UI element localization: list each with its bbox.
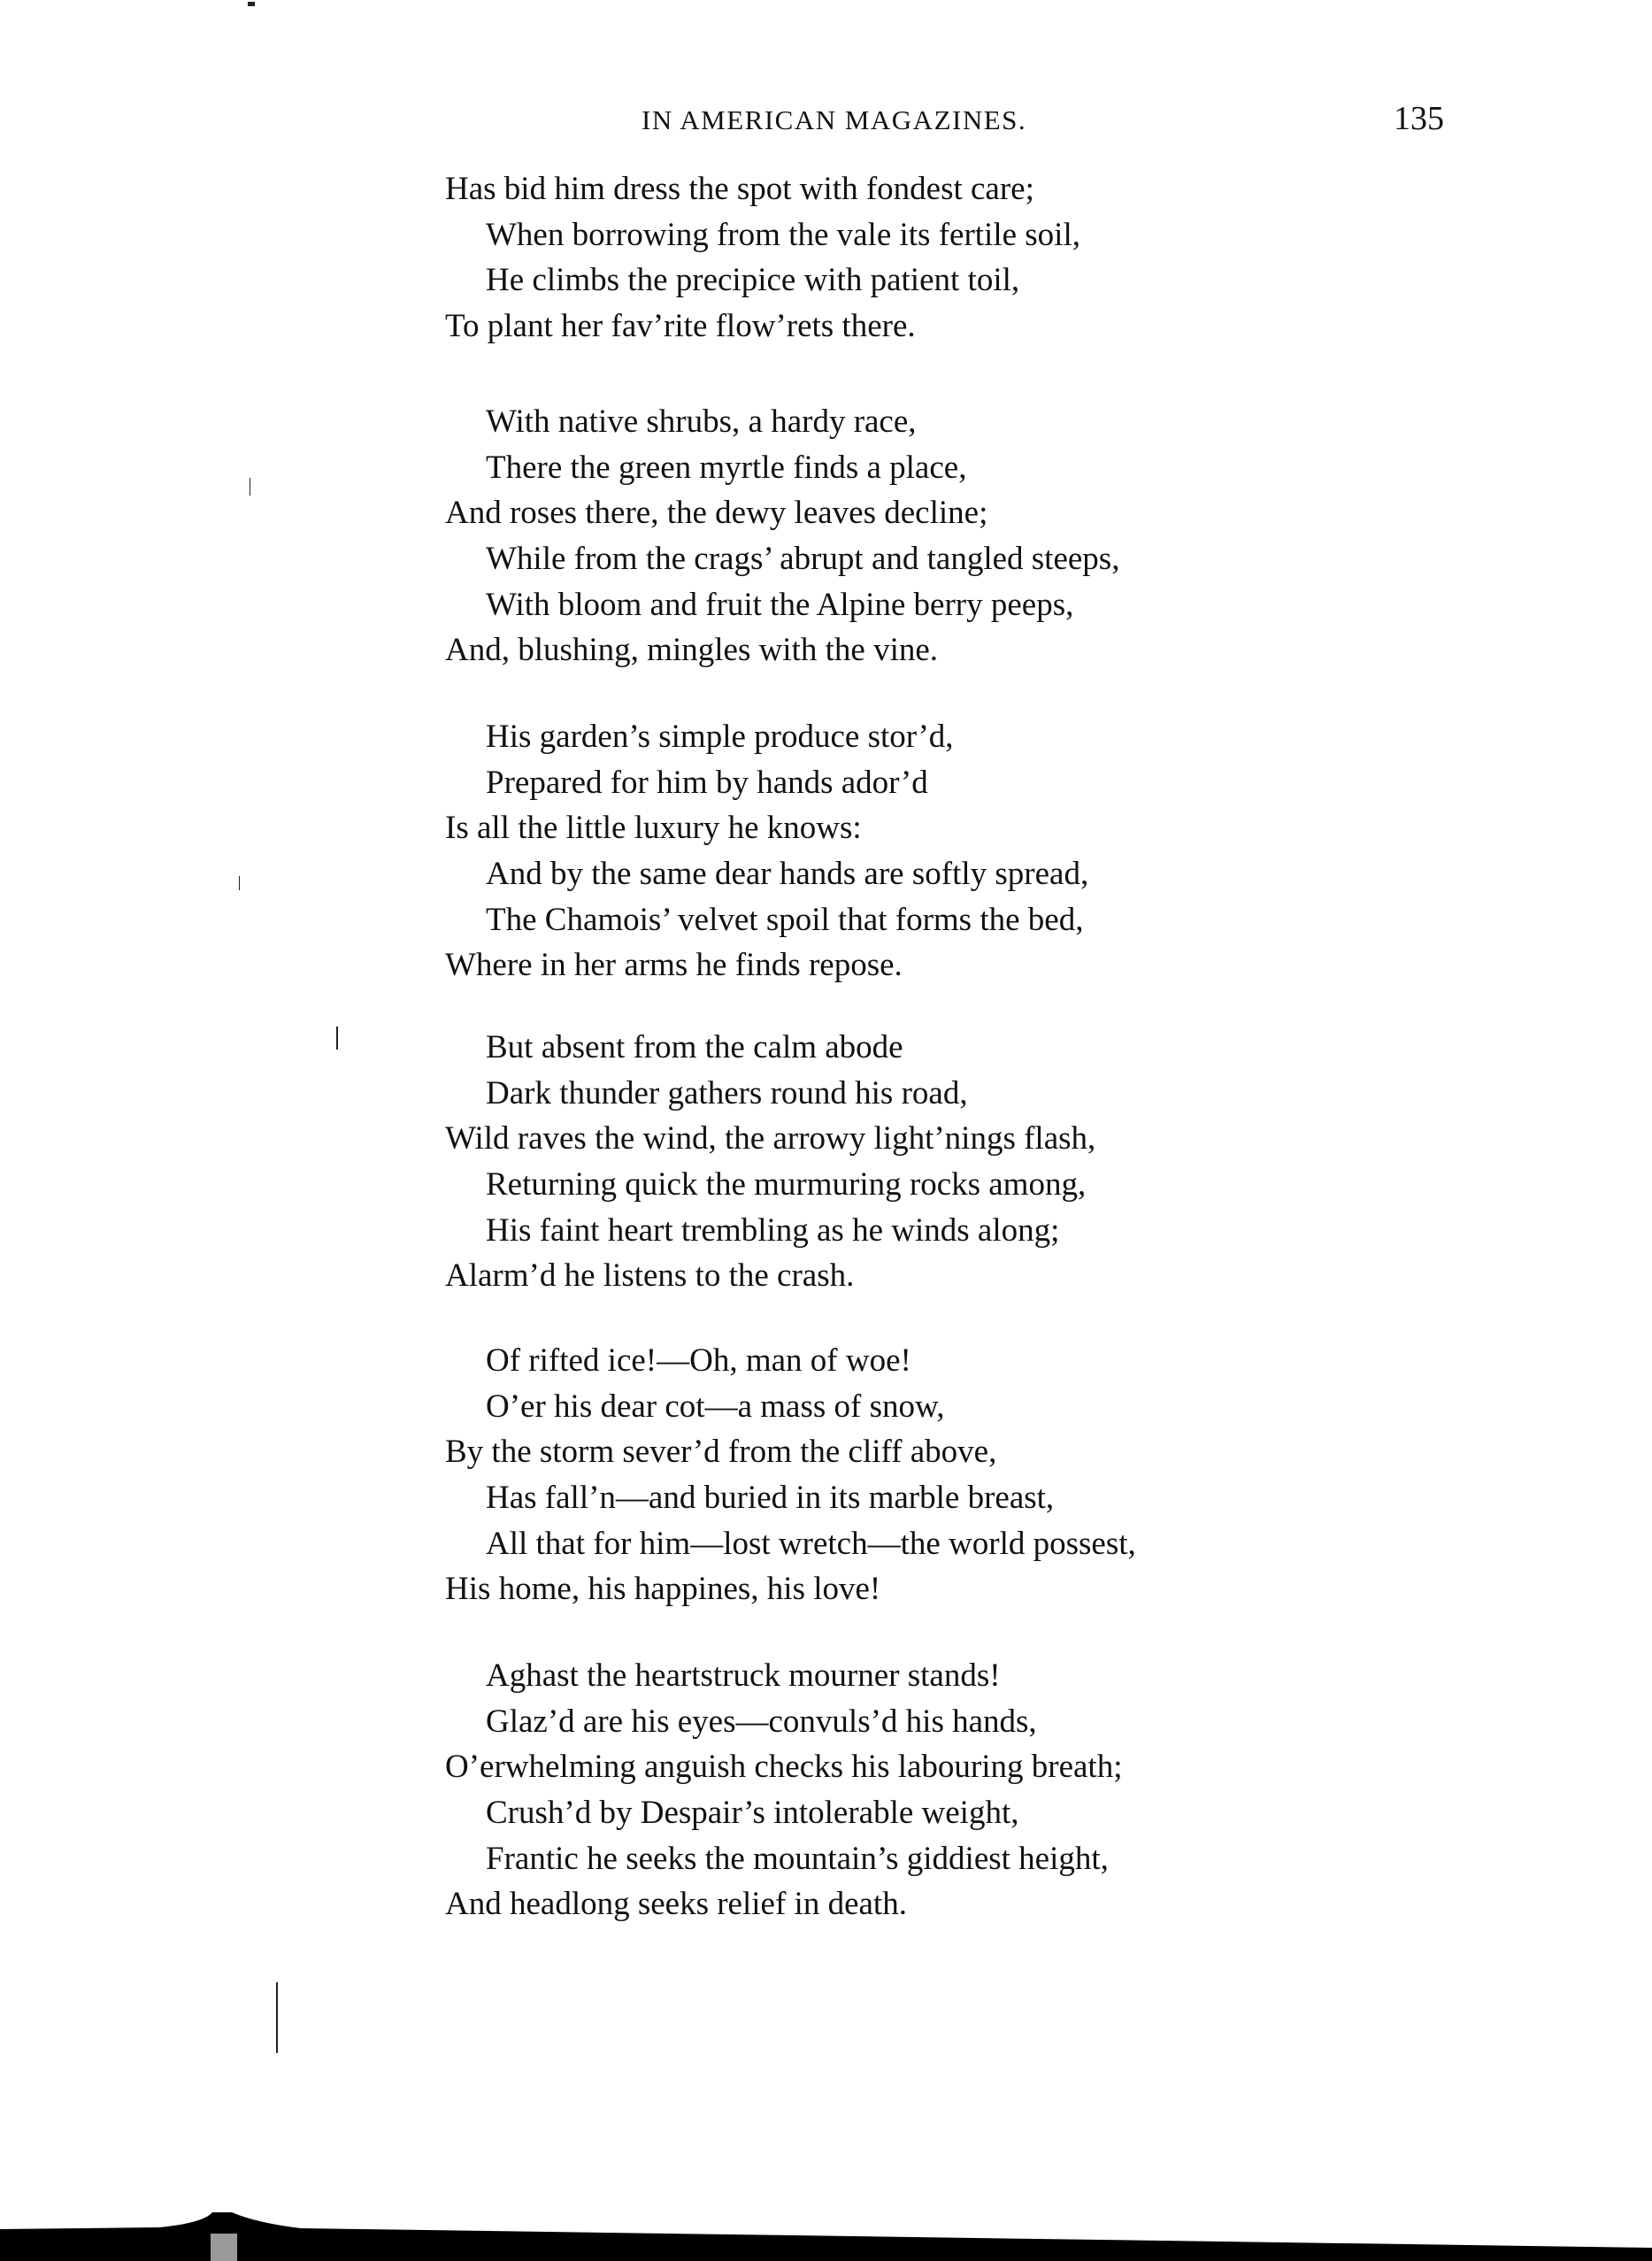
- verse-line: There the green myrtle finds a place,: [445, 445, 1119, 491]
- verse-line: Alarm’d he listens to the crash.: [445, 1253, 1095, 1299]
- stanza-3: His garden’s simple produce stor’d, Prep…: [445, 714, 1088, 988]
- verse-line: But absent from the calm abode: [445, 1025, 1095, 1071]
- verse-line: Glaz’d are his eyes—convuls’d his hands,: [445, 1699, 1123, 1745]
- verse-line: Has fall’n—and buried in its marble brea…: [445, 1475, 1136, 1521]
- verse-line: Dark thunder gathers round his road,: [445, 1071, 1095, 1117]
- verse-line: To plant her fav’rite flow’rets there.: [445, 304, 1080, 350]
- verse-line: By the storm sever’d from the cliff abov…: [445, 1429, 1136, 1475]
- scan-artifact: [239, 876, 240, 890]
- verse-line: His garden’s simple produce stor’d,: [445, 714, 1088, 760]
- scan-artifact: [276, 1982, 278, 2053]
- page-edge-shadow: [0, 2212, 1652, 2261]
- verse-line: Prepared for him by hands ador’d: [445, 760, 1088, 806]
- stanza-4: But absent from the calm abode Dark thun…: [445, 1025, 1095, 1299]
- verse-line: Where in her arms he finds repose.: [445, 942, 1088, 988]
- verse-line: Returning quick the murmuring rocks amon…: [445, 1162, 1095, 1208]
- verse-line: Aghast the heartstruck mourner stands!: [445, 1653, 1123, 1699]
- verse-line: And by the same dear hands are softly sp…: [445, 851, 1088, 897]
- verse-line: And, blushing, mingles with the vine.: [445, 627, 1119, 673]
- scan-artifact: [336, 1027, 338, 1050]
- scan-artifact: [248, 2, 255, 6]
- verse-line: Is all the little luxury he knows:: [445, 805, 1088, 851]
- verse-line: Of rifted ice!—Oh, man of woe!: [445, 1338, 1136, 1384]
- verse-line: Frantic he seeks the mountain’s giddiest…: [445, 1836, 1123, 1882]
- verse-line: Crush’d by Despair’s intolerable weight,: [445, 1790, 1123, 1836]
- verse-line: His home, his happines, his love!: [445, 1566, 1136, 1612]
- verse-line: O’er his dear cot—a mass of snow,: [445, 1384, 1136, 1430]
- verse-line: The Chamois’ velvet spoil that forms the…: [445, 897, 1088, 943]
- verse-line: And roses there, the dewy leaves decline…: [445, 490, 1119, 536]
- verse-line: While from the crags’ abrupt and tangled…: [445, 536, 1119, 582]
- page-number: 135: [1394, 99, 1444, 138]
- verse-line: His faint heart trembling as he winds al…: [445, 1208, 1095, 1254]
- running-head: IN AMERICAN MAGAZINES.: [642, 104, 1026, 136]
- verse-line: When borrowing from the vale its fertile…: [445, 212, 1080, 258]
- verse-line: Wild raves the wind, the arrowy light’ni…: [445, 1116, 1095, 1162]
- stanza-1: Has bid him dress the spot with fondest …: [445, 166, 1080, 350]
- verse-line: Has bid him dress the spot with fondest …: [445, 166, 1080, 212]
- scan-artifact: [250, 478, 250, 496]
- verse-line: He climbs the precipice with patient toi…: [445, 258, 1080, 304]
- stanza-5: Of rifted ice!—Oh, man of woe! O’er his …: [445, 1338, 1136, 1612]
- stanza-6: Aghast the heartstruck mourner stands! G…: [445, 1653, 1123, 1927]
- verse-line: With bloom and fruit the Alpine berry pe…: [445, 582, 1119, 628]
- stanza-2: With native shrubs, a hardy race, There …: [445, 399, 1119, 673]
- verse-line: O’erwhelming anguish checks his labourin…: [445, 1744, 1123, 1790]
- verse-line: And headlong seeks relief in death.: [445, 1881, 1123, 1927]
- verse-line: With native shrubs, a hardy race,: [445, 399, 1119, 445]
- verse-line: All that for him—lost wretch—the world p…: [445, 1521, 1136, 1567]
